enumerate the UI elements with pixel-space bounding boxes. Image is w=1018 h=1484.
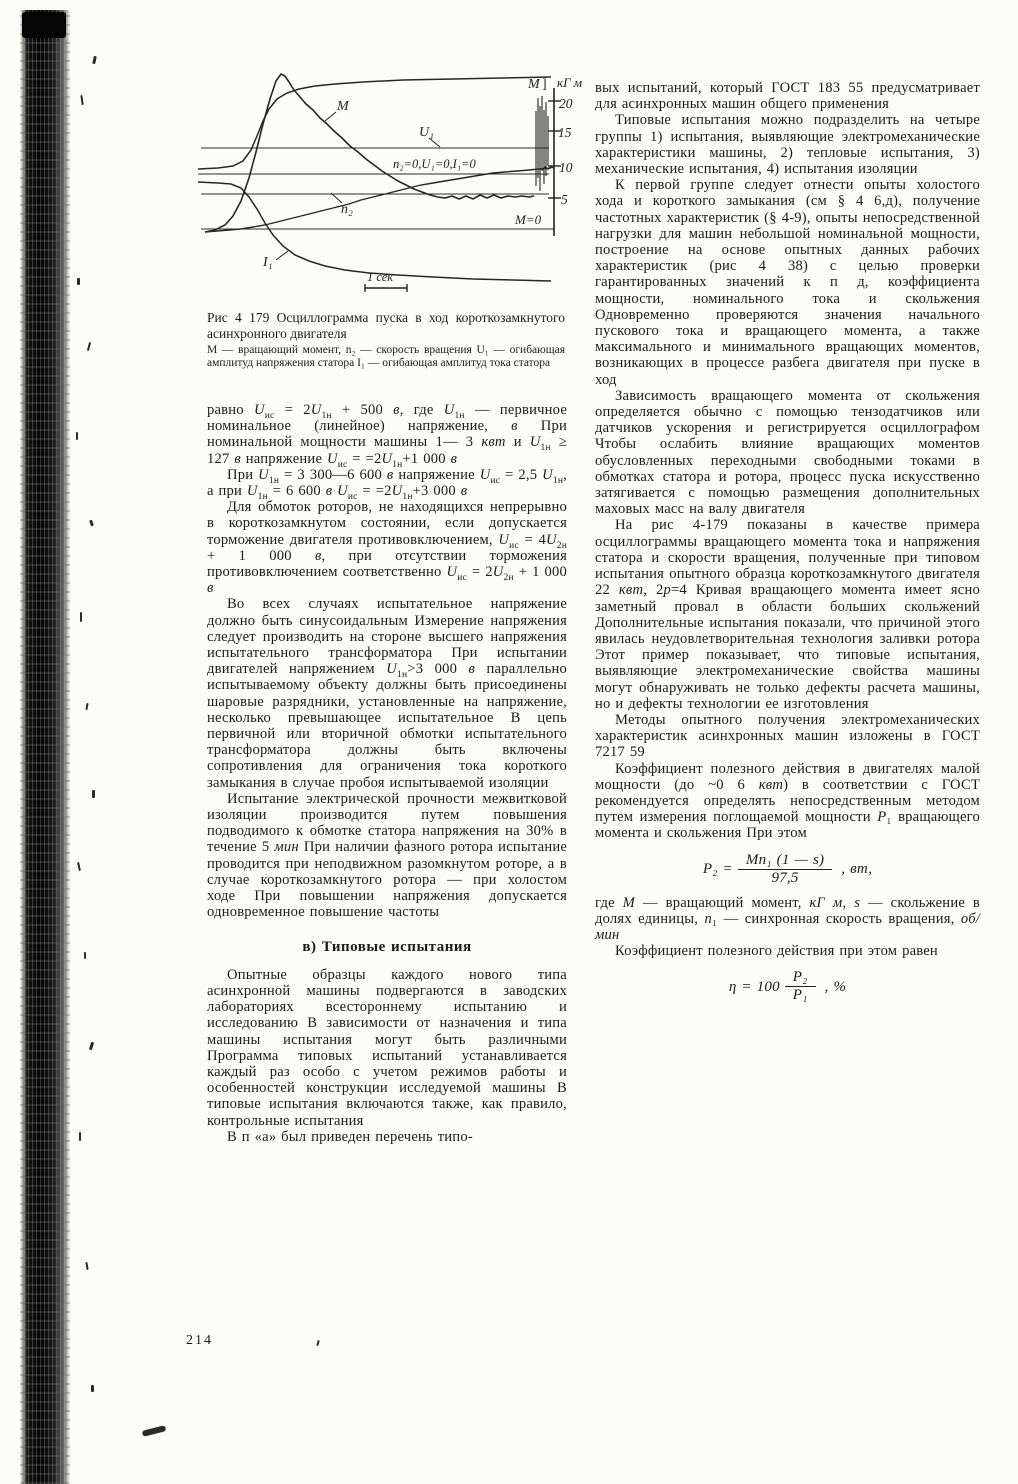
curve-label-i1: I₁	[262, 255, 273, 270]
tick-label-20: 20	[559, 96, 573, 111]
paragraph: Методы опытного получения электромеханич…	[595, 712, 980, 761]
scan-noise-mark	[79, 1132, 81, 1141]
formula-suffix: , вт,	[841, 861, 872, 877]
formula-lhs: P₂ =	[703, 861, 733, 877]
book-binding-edge	[20, 10, 70, 1484]
curve-label-m: М	[336, 99, 350, 114]
fraction-denominator: P₁	[793, 987, 808, 1004]
formula-efficiency: η = 100 P₂ P₁ , %	[595, 969, 980, 1004]
pen-scribble	[142, 1425, 167, 1437]
paragraph: Коэффициент полезного действия в двигате…	[595, 761, 980, 842]
scan-noise-mark	[92, 56, 97, 64]
paragraph: Во всех случаях испытательное напряжение…	[207, 596, 567, 790]
left-column: равно Uис = 2U1н + 500 в, где U1н — перв…	[207, 402, 567, 1145]
paragraph: равно Uис = 2U1н + 500 в, где U1н — перв…	[207, 402, 567, 467]
tick-label-10: 10	[559, 160, 573, 175]
scan-noise-mark	[91, 1385, 94, 1392]
oscillogram-figure: М U₁ n₂ I₁ n₂=0,U₁=0,I₁=0 М=0 1 сек М ] …	[193, 66, 591, 306]
curve-u1	[198, 77, 551, 169]
scan-noise-mark	[87, 342, 91, 351]
scan-noise-mark	[76, 432, 78, 440]
paragraph: К первой группе следует отнести опыты хо…	[595, 177, 980, 388]
scan-noise-mark	[85, 1262, 88, 1270]
oscillogram-chart: М U₁ n₂ I₁ n₂=0,U₁=0,I₁=0 М=0 1 сек М ] …	[193, 66, 591, 306]
section-heading: в) Типовые испытания	[207, 939, 567, 955]
m-zero-label: М=0	[514, 212, 542, 227]
curve-n2	[205, 168, 551, 232]
curve-label-n2: n₂	[341, 202, 353, 217]
paragraph: Опытные образцы каждого нового типа асин…	[207, 967, 567, 1129]
paragraph: Для обмоток роторов, не находящихся непр…	[207, 499, 567, 596]
axis-unit-label: кГ м	[557, 75, 582, 90]
fraction: P₂ P₁	[785, 969, 816, 1004]
time-scale-label: 1 сек	[367, 270, 393, 284]
axis-bracket: ]	[542, 77, 547, 92]
paragraph: Типовые испытания можно подразделить на …	[595, 112, 980, 177]
scan-noise-mark	[77, 862, 81, 871]
paragraph: В п «а» был приведен перечень типо-	[207, 1129, 567, 1145]
paragraph: При U1н = 3 300—6 600 в напряжение Uис =…	[207, 467, 567, 499]
scan-noise-mark	[92, 790, 95, 798]
page-number: 214	[186, 1333, 213, 1349]
formula-lhs: η = 100	[729, 979, 780, 995]
paragraph: Зависимость вращающего момента от скольж…	[595, 388, 980, 518]
binding-top-blob	[22, 12, 66, 38]
apostrophe-mark	[316, 1340, 319, 1346]
fraction-numerator: Mn₁ (1 — s)	[738, 852, 832, 870]
leader-i1	[276, 251, 288, 260]
scan-noise-mark	[89, 1042, 94, 1051]
curve-m	[205, 74, 534, 232]
fraction-numerator: P₂	[785, 969, 816, 987]
paragraph: На рис 4-179 показаны в качестве примера…	[595, 517, 980, 711]
scan-noise-mark	[84, 952, 86, 959]
figure-caption-title: Рис 4 179 Осциллограмма пуска в ход коро…	[207, 310, 565, 341]
axis-m-label: М	[527, 77, 541, 92]
paragraph: где М — вращающий момент, кГ м, s — скол…	[595, 895, 980, 944]
leader-m	[325, 112, 336, 121]
tick-label-5: 5	[561, 192, 568, 207]
formula-suffix: , %	[825, 979, 847, 995]
fraction-denominator: 97,5	[772, 870, 799, 887]
paragraph: вых испытаний, который ГОСТ 183 55 преду…	[595, 80, 980, 112]
fraction: Mn₁ (1 — s) 97,5	[738, 852, 832, 887]
curve-label-u1: U₁	[419, 125, 434, 140]
scan-noise-mark	[80, 95, 83, 105]
zero-annotation: n₂=0,U₁=0,I₁=0	[393, 157, 477, 171]
figure-caption-details: М — вращающий момент, n₂ — скорость вращ…	[207, 344, 565, 370]
tick-label-15: 15	[558, 125, 572, 140]
scan-noise-mark	[80, 612, 82, 622]
scan-noise-mark	[89, 520, 94, 527]
figure-caption: Рис 4 179 Осциллограмма пуска в ход коро…	[207, 310, 565, 370]
right-column: вых испытаний, который ГОСТ 183 55 преду…	[595, 80, 980, 1012]
scan-noise-mark	[77, 278, 80, 285]
scanned-book-page: М U₁ n₂ I₁ n₂=0,U₁=0,I₁=0 М=0 1 сек М ] …	[0, 0, 1018, 1484]
formula-p2: P₂ = Mn₁ (1 — s) 97,5 , вт,	[595, 852, 980, 887]
paragraph: Коэффициент полезного действия при этом …	[595, 943, 980, 959]
paragraph: Испытание электрической прочности межвит…	[207, 791, 567, 921]
scan-noise-mark	[85, 703, 88, 710]
switching-burst	[536, 96, 548, 191]
